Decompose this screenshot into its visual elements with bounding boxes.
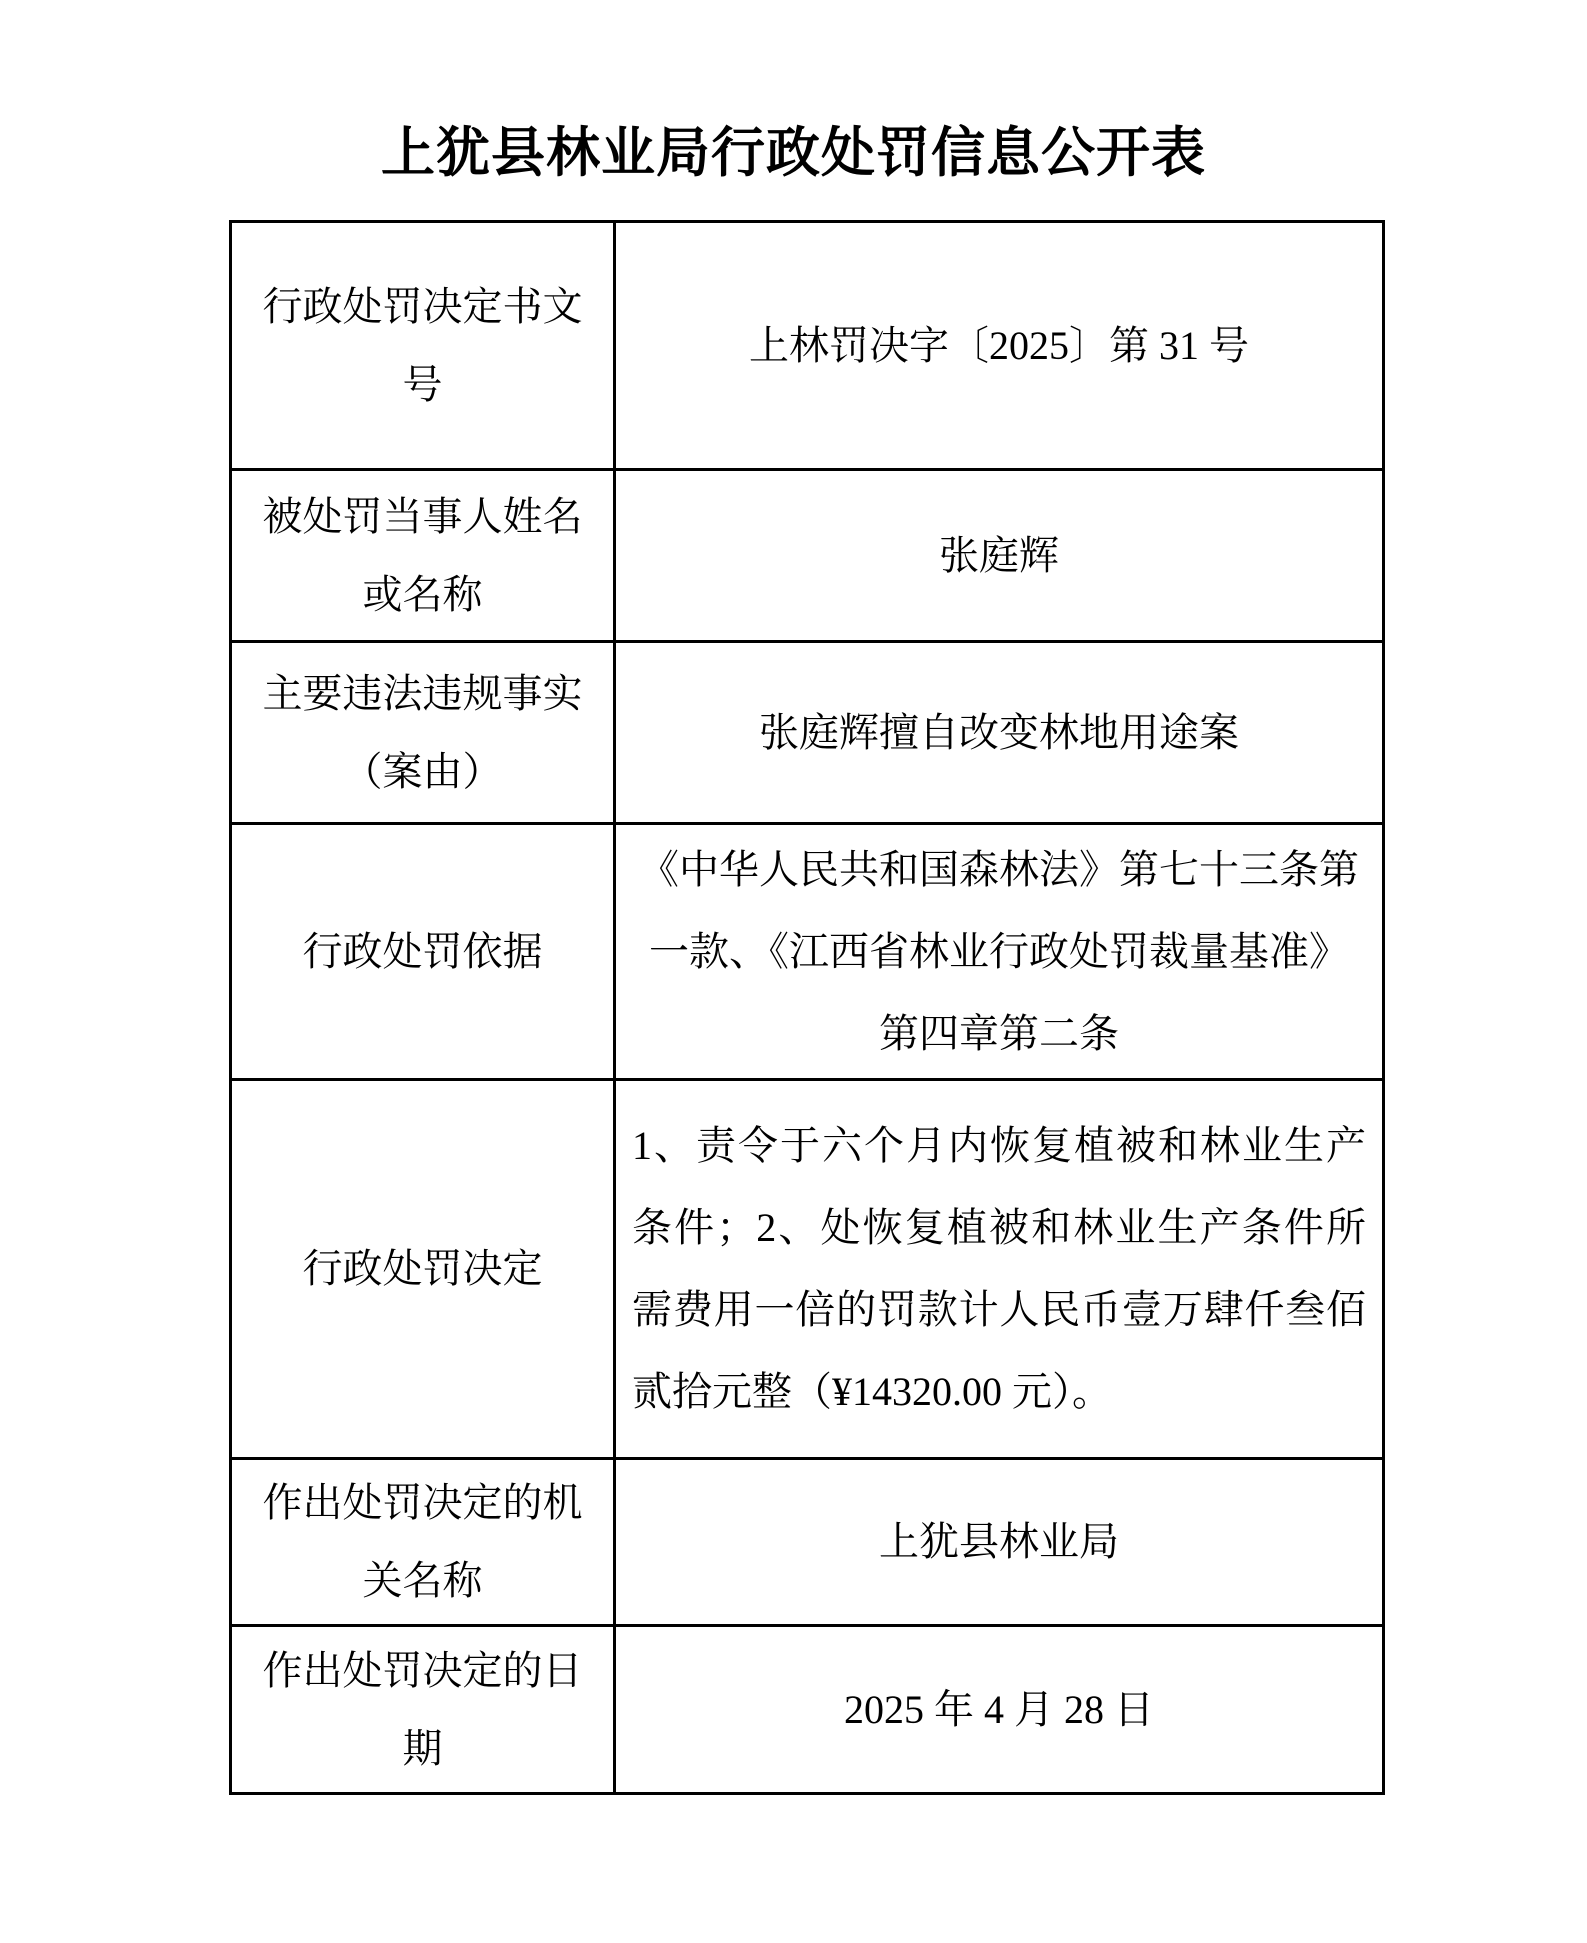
table-row-decision-date: 作出处罚决定的日期 2025 年 4 月 28 日	[231, 1626, 1384, 1794]
row-label: 作出处罚决定的日期	[231, 1626, 615, 1794]
row-value: 2025 年 4 月 28 日	[615, 1626, 1384, 1794]
row-value: 张庭辉	[615, 470, 1384, 642]
row-label: 行政处罚决定书文号	[231, 222, 615, 470]
table-row-penalty-basis: 行政处罚依据 《中华人民共和国森林法》第七十三条第一款、《江西省林业行政处罚裁量…	[231, 824, 1384, 1080]
row-label: 主要违法违规事实（案由）	[231, 642, 615, 824]
table-row-authority-name: 作出处罚决定的机关名称 上犹县林业局	[231, 1459, 1384, 1626]
row-label: 被处罚当事人姓名或名称	[231, 470, 615, 642]
row-value: 1、责令于六个月内恢复植被和林业生产条件；2、处恢复植被和林业生产条件所需费用一…	[615, 1080, 1384, 1459]
row-label: 行政处罚决定	[231, 1080, 615, 1459]
table-row-violation-facts: 主要违法违规事实（案由） 张庭辉擅自改变林地用途案	[231, 642, 1384, 824]
row-label: 行政处罚依据	[231, 824, 615, 1080]
penalty-info-table: 行政处罚决定书文号 上林罚决字〔2025〕第 31 号 被处罚当事人姓名或名称 …	[229, 220, 1385, 1795]
row-value: 张庭辉擅自改变林地用途案	[615, 642, 1384, 824]
table-row-penalty-decision: 行政处罚决定 1、责令于六个月内恢复植被和林业生产条件；2、处恢复植被和林业生产…	[231, 1080, 1384, 1459]
row-value: 上林罚决字〔2025〕第 31 号	[615, 222, 1384, 470]
row-value: 《中华人民共和国森林法》第七十三条第一款、《江西省林业行政处罚裁量基准》第四章第…	[615, 824, 1384, 1080]
table-row-decision-number: 行政处罚决定书文号 上林罚决字〔2025〕第 31 号	[231, 222, 1384, 470]
row-label: 作出处罚决定的机关名称	[231, 1459, 615, 1626]
document-page: 上犹县林业局行政处罚信息公开表 行政处罚决定书文号 上林罚决字〔2025〕第 3…	[0, 0, 1587, 1943]
page-title: 上犹县林业局行政处罚信息公开表	[0, 112, 1587, 194]
table-row-party-name: 被处罚当事人姓名或名称 张庭辉	[231, 470, 1384, 642]
row-value: 上犹县林业局	[615, 1459, 1384, 1626]
